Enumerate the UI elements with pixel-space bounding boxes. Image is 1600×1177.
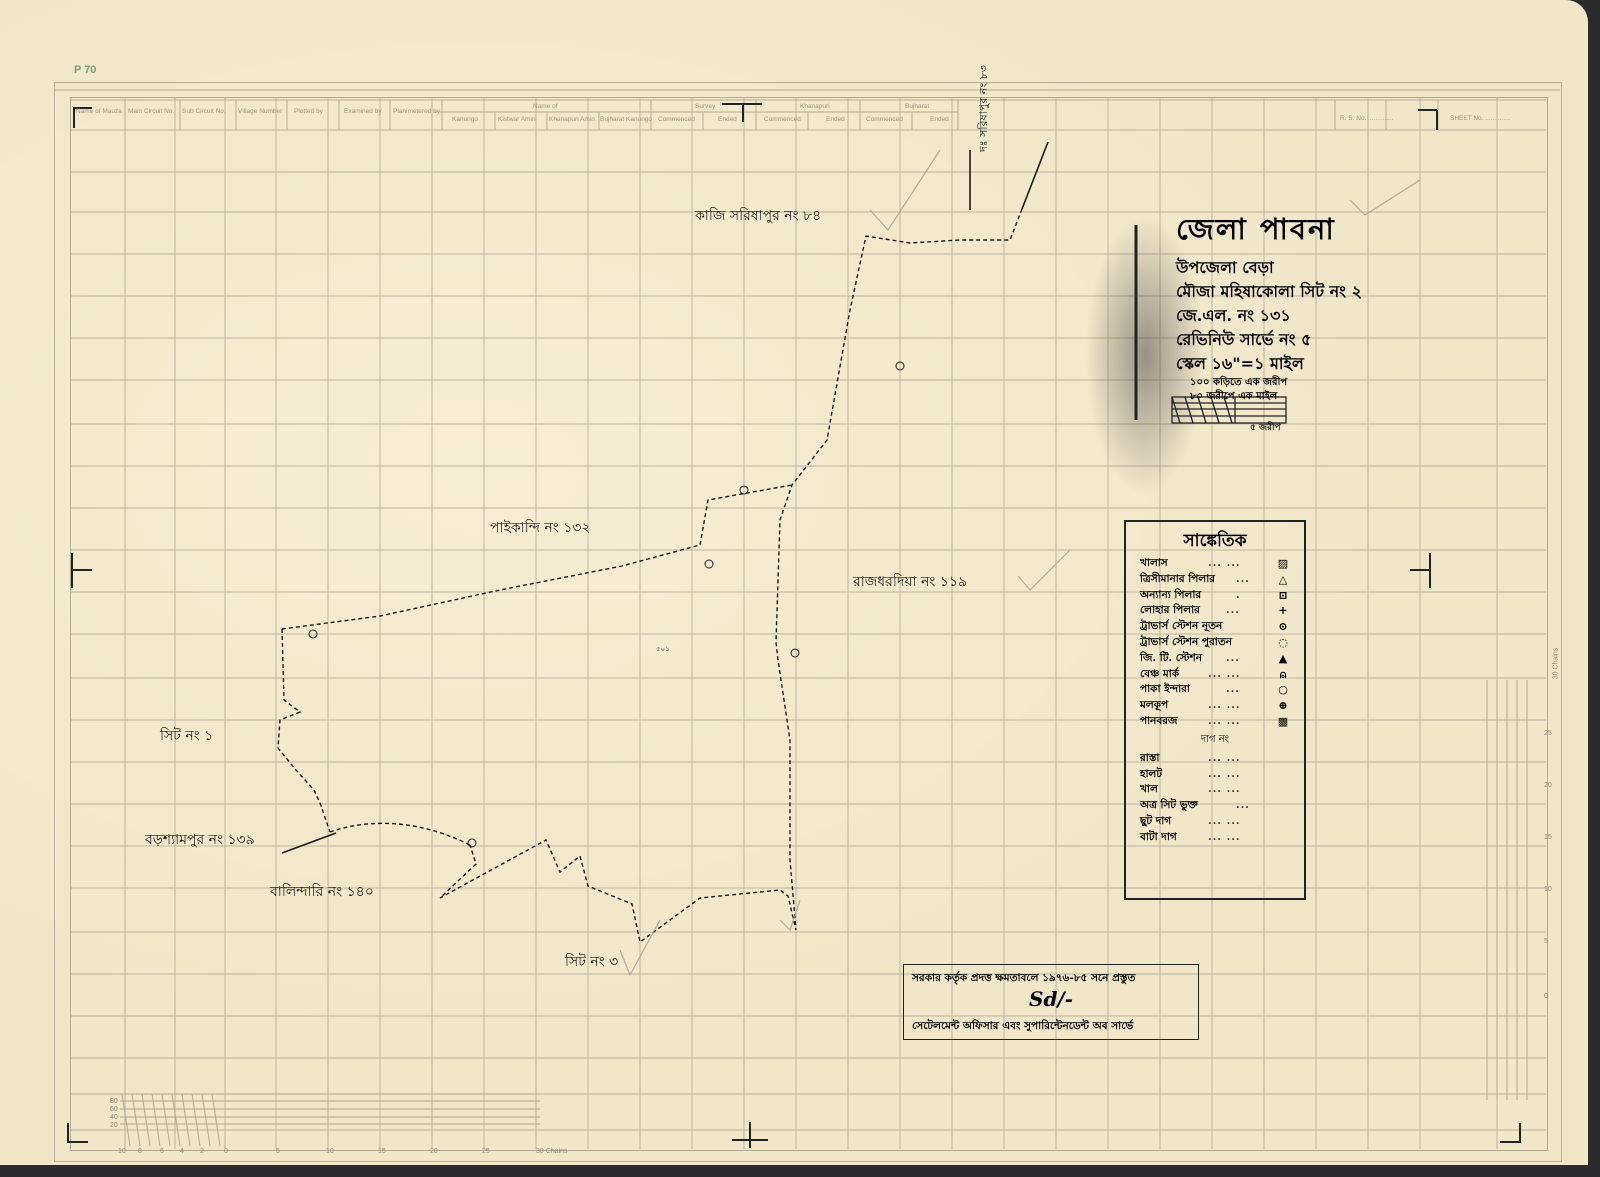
revenue-survey-line: রেভিনিউ সার্ভে নং ৫ xyxy=(1176,328,1362,352)
bottom-scale-tick: 2 xyxy=(200,1148,204,1155)
group-khanapuri: Khanapuri xyxy=(800,103,830,110)
bottom-scale-tick: 10 xyxy=(326,1148,334,1155)
legend-item: মলকূপ... ...⊕ xyxy=(1126,698,1304,714)
col-plotted-by: Plotted by xyxy=(294,108,323,115)
legend-item: পানবরজ... ...▩ xyxy=(1126,714,1304,730)
bottom-scale-tick: 0 xyxy=(224,1148,228,1155)
circled-plus-icon: ⊕ xyxy=(1272,698,1294,714)
col-kistwar-amin: Kistwar Amin xyxy=(498,116,536,123)
legend-item: অন্যান্য পিলার.⊡ xyxy=(1126,588,1304,604)
dashed-circle-icon: ◌ xyxy=(1272,635,1294,651)
col-khanapuri-commenced: Commenced xyxy=(764,116,801,123)
ring-icon: ○ xyxy=(1272,682,1294,698)
col-survey-commenced: Commenced xyxy=(658,116,695,123)
right-scale-tick: 15 xyxy=(1544,834,1552,841)
legend-item: বেঞ্চ মার্ক... ...⍝ xyxy=(1126,667,1304,683)
triangle-icon: △ xyxy=(1272,572,1294,588)
col-survey-ended: Ended xyxy=(718,116,737,123)
benchmark-icon: ⍝ xyxy=(1272,667,1294,683)
legend-line-item: খাল... ... xyxy=(1126,782,1304,798)
label-kazi-sharifpur: কাজি সরিষাপুর নং ৮৪ xyxy=(695,204,821,228)
title-block: জেলা পাবনা উপজেলা বেড়া মৌজা মহিষাকোলা স… xyxy=(1176,207,1362,404)
group-bujharat: Bujharat xyxy=(905,103,929,110)
col-village-number: Village Number xyxy=(238,108,282,115)
bottom-scale-tick: 5 xyxy=(276,1148,280,1155)
bottom-scale-tick: 8 xyxy=(138,1148,142,1155)
legend-line-item: বাটা দাগ... ... xyxy=(1126,830,1304,846)
bottom-scale-tick: 15 xyxy=(378,1148,386,1155)
col-name-of-mauza: Name of Mauza xyxy=(76,108,122,115)
map-sheet: P 70 xyxy=(0,0,1588,1165)
map-grid-and-boundaries xyxy=(0,0,1600,1177)
col-kanungo: Kanungo xyxy=(452,116,478,123)
signature: Sd/- xyxy=(1029,987,1073,1011)
right-scale-tick: 5 xyxy=(1544,938,1548,945)
legend-item: ট্রাভার্স স্টেশন পুরাতন◌ xyxy=(1126,635,1304,651)
legend-box: সাঙ্কেতিক খালাস... ...▨ ত্রিসীমানার পিলা… xyxy=(1124,520,1306,900)
right-scale-tick: 25 xyxy=(1544,730,1552,737)
label-rajdhardia: রাজধরদিয়া নং ১১৯ xyxy=(853,570,967,594)
label-sheet-3: সিট নং ৩ xyxy=(565,950,618,974)
legend-item: ট্রাভার্স স্টেশন নূতন⊙ xyxy=(1126,619,1304,635)
bottom-scale-tick: 30 Chains xyxy=(536,1148,568,1155)
right-scale-tick: 30 Chains xyxy=(1552,648,1559,680)
legend-line-item: হালট... ... xyxy=(1126,767,1304,783)
bottom-scale-y-ticks: 80604020 xyxy=(110,1098,118,1130)
right-scale-tick: 10 xyxy=(1544,886,1552,893)
scale-note-1: ১০০ কড়িতে এক জরীপ xyxy=(1190,376,1362,390)
bottom-scale-tick: 25 xyxy=(482,1148,490,1155)
legend-line-item: অত্র সিট ভুক্ত... xyxy=(1126,798,1304,814)
group-survey: Survey xyxy=(695,103,715,110)
right-scale-tick: 0 xyxy=(1544,993,1548,1000)
col-planimetered-by: Planimetered by xyxy=(393,108,440,115)
legend-title: সাঙ্কেতিক xyxy=(1126,528,1304,556)
crosshatch-icon: ▩ xyxy=(1272,714,1294,730)
jl-no-line: জে.এল. নং ১৩১ xyxy=(1176,304,1362,328)
col-khanapuri-ended: Ended xyxy=(826,116,845,123)
plus-icon: + xyxy=(1272,603,1294,619)
col-bujharat-kanungo: Bujharat Kanungo xyxy=(600,116,652,123)
legend-item: জি. টি. স্টেশন...▲ xyxy=(1126,651,1304,667)
district-title: জেলা পাবনা xyxy=(1176,207,1362,256)
scale-bar-end-label: ৫ জরীপ xyxy=(1250,420,1281,435)
scale-line: স্কেল ১৬"=১ মাইল xyxy=(1176,352,1362,376)
dotted-square-icon: ⊡ xyxy=(1272,588,1294,604)
upazila-line: উপজেলা বেড়া xyxy=(1176,256,1362,280)
legend-item: পাকা ইন্দারা...○ xyxy=(1126,682,1304,698)
bottom-scale-tick: 6 xyxy=(160,1148,164,1155)
legend-item: খালাস... ...▨ xyxy=(1126,556,1304,572)
bottom-scale-tick: 4 xyxy=(180,1148,184,1155)
rs-no-field: R. S. No. .............. xyxy=(1340,115,1393,122)
legend-item: লোহার পিলার...+ xyxy=(1126,603,1304,619)
bottom-scale-tick: 10 xyxy=(118,1148,126,1155)
col-sub-circuit: Sub Circuit No. xyxy=(182,108,226,115)
legend-line-item: ছুট দাগ... ... xyxy=(1126,814,1304,830)
col-bujharat-commenced: Commenced xyxy=(866,116,903,123)
circle-dot-icon: ⊙ xyxy=(1272,619,1294,635)
right-scale-tick: 20 xyxy=(1544,782,1552,789)
mouza-line: মৌজা মহিষাকোলা সিট নং ২ xyxy=(1176,280,1362,304)
label-sheet-1: সিট নং ১ xyxy=(160,724,213,748)
col-main-circuit: Main Circuit No. xyxy=(128,108,174,115)
bottom-scale-tick: 20 xyxy=(430,1148,438,1155)
label-balindari: বালিন্দারি নং ১৪০ xyxy=(270,880,374,904)
legend-line-item: রাস্তা... ... xyxy=(1126,751,1304,767)
label-dakshin-sharifpur: দঃ সরিষাপুর নং ৮৩ xyxy=(975,65,994,152)
col-examined-by: Examined by xyxy=(344,108,382,115)
filled-triangle-icon: ▲ xyxy=(1272,651,1294,667)
label-baro-shyampur: বড়শ্যামপুর নং ১৩৯ xyxy=(145,828,255,852)
sheet-no-field: SHEET No. .............. xyxy=(1450,115,1511,122)
label-interior-mark: ৫০১ xyxy=(656,643,670,655)
scale-note-2: ৮০ জরীপে এক মাইল xyxy=(1190,390,1362,404)
hatch-icon: ▨ xyxy=(1272,556,1294,572)
certificate-line-1: সরকার কর্তৃক প্রদত্ত ক্ষমতাবলে ১৯৭৬-৮৫ স… xyxy=(912,971,1135,988)
certificate-line-2: সেটেলমেন্ট অফিসার এবং সুপারিন্টেনডেন্ট অ… xyxy=(912,1019,1133,1036)
dag-no-heading: দাগ নং xyxy=(1126,732,1304,749)
certificate-box: সরকার কর্তৃক প্রদত্ত ক্ষমতাবলে ১৯৭৬-৮৫ স… xyxy=(903,964,1199,1040)
label-pai-kandi: পাইকান্দি নং ১৩২ xyxy=(490,516,591,540)
group-name-of: Name of xyxy=(533,103,558,110)
col-khanapuri-amin: Khanapuri Amin xyxy=(549,116,595,123)
col-bujharat-ended: Ended xyxy=(930,116,949,123)
legend-item: ত্রিসীমানার পিলার...△ xyxy=(1126,572,1304,588)
